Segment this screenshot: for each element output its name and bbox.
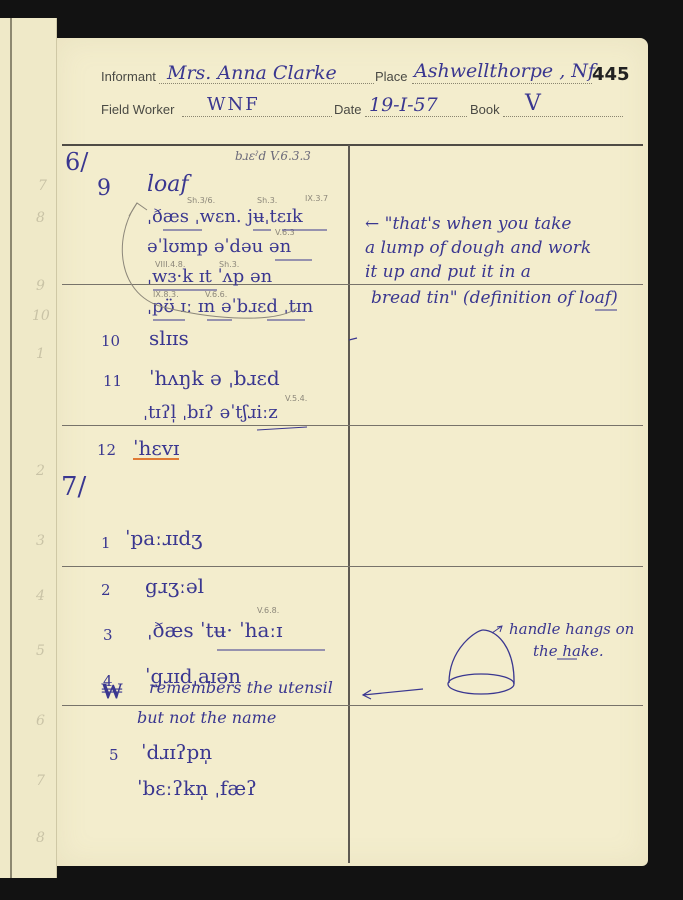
row-rule xyxy=(62,566,643,567)
quote-line: it up and put it in a xyxy=(365,264,531,281)
phonetic-line: ˌðæs ˌwɛn. jʉˌtɛɪk xyxy=(147,208,303,226)
entry-number-1: 1 xyxy=(101,536,111,551)
entry-text: slɪɪs xyxy=(149,328,189,348)
phonetic-line: ˌpʊ̈ ɪː ɪn əˈbɹɛd ˌtɪn xyxy=(147,298,313,316)
arrow-left-icon xyxy=(363,689,423,695)
date-dotline xyxy=(365,116,467,117)
pencil-ref-top: bɹɛˀd V.6.3.3 xyxy=(235,150,311,162)
ghost-number: 2 xyxy=(36,463,45,479)
scribble-mark: ₩ xyxy=(101,680,123,702)
pencil-ref: Sh.3/6. xyxy=(187,196,215,205)
pencil-ref: V.6.8. xyxy=(257,606,279,615)
field-worker-value: WNF xyxy=(207,96,260,114)
section-marker-6: 6/ xyxy=(65,150,88,174)
phonetic-line: ˌwɜ·k ɪt ˈʌp ən xyxy=(147,268,272,286)
entry-text: ˈdɹɪʔpn̩ xyxy=(141,742,212,762)
annotation-line: handle hangs on xyxy=(509,622,634,637)
pencil-ref: V.5.4. xyxy=(285,394,307,403)
note-text: remembers the utensil xyxy=(149,680,333,696)
entry-number-5: 5 xyxy=(109,748,119,763)
ghost-number: 9 xyxy=(36,278,45,294)
header-divider xyxy=(62,144,643,146)
date-value: 19-I-57 xyxy=(369,96,438,115)
ghost-number: 8 xyxy=(36,830,45,846)
ghost-number: 6 xyxy=(36,713,45,729)
pencil-ref: Sh.3. xyxy=(257,196,277,205)
ghost-number: 5 xyxy=(36,643,45,659)
ghost-number: 1 xyxy=(36,346,45,362)
ghost-number: 7 xyxy=(36,773,45,789)
section-marker-7: 7/ xyxy=(61,474,86,500)
book-label: Book xyxy=(470,102,500,117)
entry-text: ˌtɪʔl̩ ˌbɪʔ əˈtʃɹiːz xyxy=(143,404,278,422)
book-value: V xyxy=(525,93,541,115)
notebook-page: Informant Mrs. Anna Clarke Place Ashwell… xyxy=(57,38,648,866)
pot-lid-sketch-icon xyxy=(448,626,514,694)
entry-number-3: 3 xyxy=(103,628,113,643)
informant-label: Informant xyxy=(101,69,156,84)
ghost-number: 10 xyxy=(32,308,50,324)
entry-number-9: 9 xyxy=(97,178,111,200)
entry-number-11: 11 xyxy=(103,374,122,389)
place-value: Ashwellthorpe , Nf. xyxy=(414,62,600,81)
quote-line: ← "that's when you take xyxy=(365,216,571,233)
field-worker-dotline xyxy=(182,116,332,117)
entry-number-10: 10 xyxy=(101,334,120,349)
quote-line: a lump of dough and work xyxy=(365,240,591,257)
date-label: Date xyxy=(334,102,361,117)
place-dotline xyxy=(412,83,592,84)
row-rule xyxy=(62,705,643,706)
row-rule xyxy=(62,425,643,426)
ghost-number: 4 xyxy=(36,588,45,604)
entry-number-12: 12 xyxy=(97,443,116,458)
ghost-number: 3 xyxy=(36,533,45,549)
field-worker-label: Field Worker xyxy=(101,102,174,117)
entry-word-loaf: loaf xyxy=(147,174,189,196)
entry-text: ˌðæs ˈtʉ· ˈhaːɪ xyxy=(147,620,283,640)
column-divider xyxy=(348,145,350,863)
entry-text: ˈhʌŋk ə ˌbɹɛd xyxy=(149,368,280,388)
annotation-line: the hake. xyxy=(533,644,604,659)
entry-number-2: 2 xyxy=(101,583,111,598)
ghost-number: 8 xyxy=(36,210,45,226)
entry-text: ˈbɛːʔkn̩ ˌfæʔ xyxy=(137,778,257,798)
phonetic-line: əˈlʊmp əˈdəu ən xyxy=(147,238,291,256)
book-dotline xyxy=(503,116,623,117)
entry-text: ˈpaːɹɪdʒ xyxy=(125,528,202,548)
note-text: but not the name xyxy=(137,710,276,726)
informant-value: Mrs. Anna Clarke xyxy=(167,64,337,83)
binding-line xyxy=(10,18,12,878)
pencil-ref: IX.3.7 xyxy=(305,194,328,203)
place-label: Place xyxy=(375,69,408,84)
entry-text: ˈhɛvɪ xyxy=(133,438,179,460)
page-number: 445 xyxy=(592,64,630,85)
quote-line: bread tin" (definition of loaf) xyxy=(371,290,618,307)
entry-text: gɹʒːəl xyxy=(145,576,204,596)
ghost-number: 7 xyxy=(38,178,47,194)
adjacent-page: 7 8 9 10 1 2 3 4 5 6 7 8 xyxy=(0,18,57,878)
